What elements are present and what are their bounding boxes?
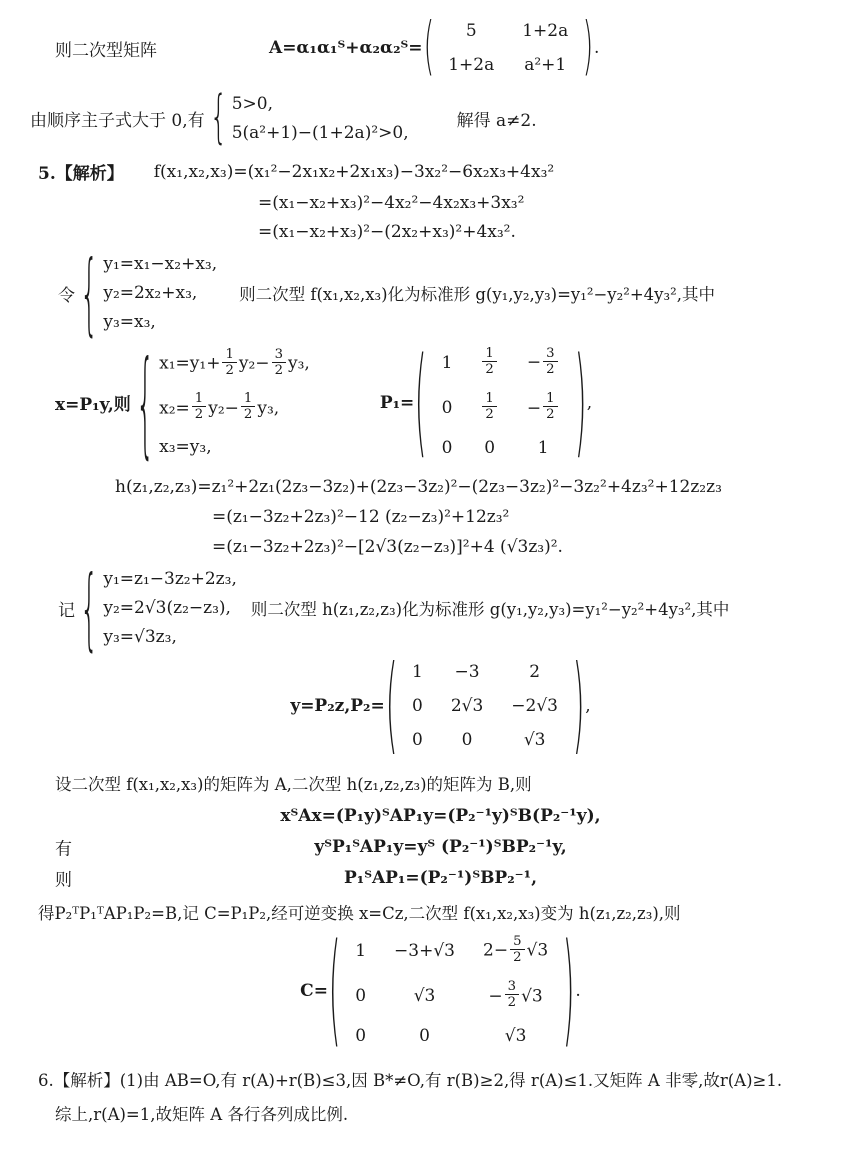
f-expansion-line3: =(x₁−x₂+x₃)²−(2x₂+x₃)²+4x₃². <box>258 222 851 242</box>
equation-3: P₁ᵀAP₁=(P₂⁻¹)ᵀBP₂⁻¹, <box>344 868 537 888</box>
C-lhs: C= <box>300 981 328 1001</box>
denote-label: 记 <box>58 596 75 621</box>
problem5-header: 5.【解析】 f(x₁,x₂,x₃)=(x₁²−2x₁x₂+2x₁x₃)−3x₂… <box>38 159 851 184</box>
right-paren: ) <box>583 17 594 80</box>
quadratic-matrix-label: 则二次型矩阵 <box>55 36 157 61</box>
equation-2-row: 有 yᵀP₁ᵀAP₁y=yᵀ (P₂⁻¹)ᵀBP₂⁻¹y, <box>30 837 851 857</box>
left-paren: ( <box>329 929 341 1051</box>
system-x-of-y: x₁=y₁+12y₂−32y₃,x₂=12y₂−12y₃,x₃=y₃, <box>159 348 310 457</box>
let-label: 令 <box>58 281 75 306</box>
substitution-z-block: 记 { y₁=z₁−3z₂+2z₃,y₂=2√3(z₂−z₃),y₃=√3z₃,… <box>58 569 851 647</box>
right-paren: ) <box>574 343 586 462</box>
matrix-C: 1−3+√32−52√30√3−32√300√3 <box>341 928 562 1053</box>
matrix-P2: 1−3202√3−2√300√3 <box>398 655 572 757</box>
equation-3-row: 则 P₁ᵀAP₁=(P₂⁻¹)ᵀBP₂⁻¹, <box>30 868 851 888</box>
f-expansion-line1: f(x₁,x₂,x₃)=(x₁²−2x₁x₂+2x₁x₃)−3x₂²−6x₂x₃… <box>154 162 554 182</box>
C-matrix-line: C= ( 1−3+√32−52√30√3−32√300√3 ) . <box>30 928 851 1053</box>
equation-1: xᵀAx=(P₁y)ᵀAP₁y=(P₂⁻¹y)ᵀB(P₂⁻¹y), <box>280 806 600 826</box>
equation-2: yᵀP₁ᵀAP₁y=yᵀ (P₂⁻¹)ᵀBP₂⁻¹y, <box>314 837 566 857</box>
x-equals-P1y-label: x=P₁y,则 <box>55 390 131 415</box>
system-y-of-z: y₁=z₁−3z₂+2z₃,y₂=2√3(z₂−z₃),y₃=√3z₃, <box>103 569 237 647</box>
formula-A-period: . <box>594 38 599 58</box>
document-page: 则二次型矩阵 A=α₁α₁ᵀ+α₂α₂ᵀ= ( 51+2a1+2aa²+1 ) … <box>0 0 861 1164</box>
P2-comma: , <box>585 696 590 716</box>
problem6-line1: 6.【解析】(1)由 AB=O,有 r(A)+r(B)≤3,因 B*≠O,有 r… <box>38 1067 851 1091</box>
leading-minors-line: 由顺序主子式大于 0,有 { 5>0,5(a²+1)−(1+2a)²>0, 解得… <box>30 94 851 143</box>
left-brace: { <box>80 248 98 338</box>
matrix-A: 51+2a1+2aa²+1 <box>434 14 582 82</box>
left-paren: ( <box>423 17 434 80</box>
matrix-P1: 112−32012−12001 <box>428 340 574 465</box>
h-expansion-line1: h(z₁,z₂,z₃)=z₁²+2z₁(2z₃−3z₂)+(2z₃−3z₂)²−… <box>115 477 851 497</box>
P1-lhs: P₁= <box>380 393 414 413</box>
quadratic-matrix-line: 则二次型矩阵 A=α₁α₁ᵀ+α₂α₂ᵀ= ( 51+2a1+2aa²+1 ) … <box>55 14 851 82</box>
left-paren: ( <box>415 343 427 462</box>
formula-A-lhs: A=α₁α₁ᵀ+α₂α₂ᵀ= <box>269 38 423 58</box>
substitution-y-block: 令 { y₁=x₁−x₂+x₃,y₂=2x₂+x₃,y₃=x₃, 则二次型 f(… <box>58 254 851 332</box>
equation-3-label: 则 <box>55 866 72 891</box>
left-brace: { <box>80 563 98 653</box>
right-paren: ) <box>563 929 575 1051</box>
standard-form-f-text: 则二次型 f(x₁,x₂,x₃)化为标准形 g(y₁,y₂,y₃)=y₁²−y₂… <box>239 281 715 305</box>
P2-lhs: y=P₂z,P₂= <box>290 696 384 716</box>
C-period: . <box>575 981 580 1001</box>
left-paren: ( <box>385 653 397 758</box>
leading-minors-result: 解得 a≠2. <box>457 106 537 131</box>
leading-minors-prefix: 由顺序主子式大于 0,有 <box>30 106 205 131</box>
system-leading-minors: 5>0,5(a²+1)−(1+2a)²>0, <box>232 94 409 143</box>
standard-form-h-text: 则二次型 h(z₁,z₂,z₃)化为标准形 g(y₁,y₂,y₃)=y₁²−y₂… <box>251 596 730 620</box>
problem5-label: 5.【解析】 <box>38 159 124 184</box>
equation-1-row: xᵀAx=(P₁y)ᵀAP₁y=(P₂⁻¹y)ᵀB(P₂⁻¹y), <box>30 806 851 826</box>
h-expansion-line2: =(z₁−3z₂+2z₃)²−12 (z₂−z₃)²+12z₃² <box>212 507 851 527</box>
right-paren: ) <box>573 653 585 758</box>
left-brace: { <box>136 345 154 460</box>
P2-matrix-line: y=P₂z,P₂= ( 1−3202√3−2√300√3 ) , <box>30 655 851 757</box>
left-brace: { <box>210 90 227 147</box>
h-expansion-line3: =(z₁−3z₂+2z₃)²−[2√3(z₂−z₃)]²+4 (√3z₃)². <box>212 537 851 557</box>
system-y-of-x: y₁=x₁−x₂+x₃,y₂=2x₂+x₃,y₃=x₃, <box>103 254 217 332</box>
P1-comma: , <box>587 393 592 413</box>
conclusion-C-line: 得P₂ᵀP₁ᵀAP₁P₂=B,记 C=P₁P₂,经可逆变换 x=Cz,二次型 f… <box>38 900 851 924</box>
substitution-x-P1y-block: x=P₁y,则 { x₁=y₁+12y₂−32y₃,x₂=12y₂−12y₃,x… <box>55 340 851 465</box>
equation-2-label: 有 <box>55 835 72 860</box>
problem6-line2: 综上,r(A)=1,故矩阵 A 各行各列成比例. <box>55 1101 851 1125</box>
f-expansion-line2: =(x₁−x₂+x₃)²−4x₂²−4x₂x₃+3x₃² <box>258 193 851 213</box>
matrices-setup-line: 设二次型 f(x₁,x₂,x₃)的矩阵为 A,二次型 h(z₁,z₂,z₃)的矩… <box>55 771 851 795</box>
